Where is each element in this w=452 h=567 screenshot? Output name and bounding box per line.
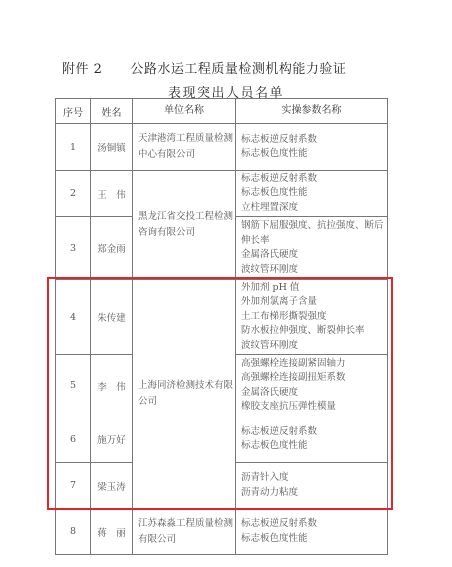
- param-item: 金属洛氏硬度: [241, 386, 387, 401]
- table-row: 4 朱传建 上海同济检测技术有限公司 外加剂 pH 值 外加剂氯离子含量 土工布…: [56, 280, 388, 355]
- row-params: 钢筋下屈服强度、抗拉强度、断后伸长率 金属洛氏硬度 波纹管环刚度: [236, 217, 388, 280]
- title-text: 公路水运工程质量检测机构能力验证: [130, 62, 346, 77]
- row-name: 朱传建: [91, 280, 133, 355]
- row-no: 8: [56, 509, 91, 555]
- row-name: 蒋 丽: [91, 509, 133, 555]
- param-item: 标志板色度性能: [241, 439, 387, 454]
- row-no: 3: [56, 217, 91, 280]
- param-item: 立柱埋置深度: [241, 201, 387, 216]
- param-item: 沥青动力粘度: [241, 486, 387, 501]
- param-item: 外加剂氯离子含量: [241, 295, 387, 310]
- row-name: 施万好: [91, 417, 133, 463]
- row-params: 标志板逆反射系数 标志板色度性能 立柱埋置深度: [236, 171, 388, 217]
- param-item: 土工布梯形撕裂强度: [241, 310, 387, 325]
- param-item: 标志板色度性能: [241, 186, 387, 201]
- param-item: 波纹管环刚度: [241, 263, 387, 278]
- header-name: 姓名: [91, 99, 133, 124]
- row-name: 王 伟: [91, 171, 133, 217]
- param-item: 防水板拉伸强度、断裂伸长率: [241, 324, 387, 339]
- param-item: 高强螺栓连接副扭矩系数: [241, 371, 387, 386]
- table-row: 8 蒋 丽 江苏森淼工程质量检测有限公司 标志板逆反射系数 标志板色度性能: [56, 509, 388, 555]
- row-params: 高强螺栓连接副紧固轴力 高强螺栓连接副扭矩系数 金属洛氏硬度 橡胶支座抗压弹性模…: [236, 355, 388, 417]
- param-item: 钢筋下屈服强度、抗拉强度、断后伸长率: [241, 219, 387, 248]
- row-unit-merged: 上海同济检测技术有限公司: [133, 280, 236, 509]
- row-no: 5: [56, 355, 91, 417]
- param-item: 沥青针入度: [241, 471, 387, 486]
- row-name: 梁玉涛: [91, 463, 133, 509]
- header-no: 序号: [56, 99, 91, 124]
- document-title-line1: 附件 2公路水运工程质量检测机构能力验证: [62, 58, 346, 77]
- row-unit: 江苏森淼工程质量检测有限公司: [133, 509, 236, 555]
- table-row: 1 汤铜镇 天津港湾工程质量检测中心有限公司 标志板逆反射系数 标志板色度性能: [56, 124, 388, 171]
- row-no: 6: [56, 417, 91, 463]
- param-item: 金属洛氏硬度: [241, 248, 387, 263]
- header-unit: 单位名称: [133, 99, 236, 124]
- row-name: 李 伟: [91, 355, 133, 417]
- row-params: 沥青针入度 沥青动力粘度: [236, 463, 388, 509]
- param-item: 高强螺栓连接副紧固轴力: [241, 357, 387, 372]
- attachment-label: 附件 2: [62, 62, 102, 77]
- param-item: 外加剂 pH 值: [241, 281, 387, 296]
- row-params: 标志板逆反射系数 标志板色度性能: [236, 124, 388, 171]
- row-name: 汤铜镇: [91, 124, 133, 171]
- param-item: 标志板色度性能: [241, 147, 387, 162]
- row-unit: 天津港湾工程质量检测中心有限公司: [133, 124, 236, 171]
- param-item: 标志板逆反射系数: [241, 172, 387, 187]
- param-item: 标志板逆反射系数: [241, 133, 387, 148]
- header-params: 实操参数名称: [236, 99, 388, 124]
- row-params: 外加剂 pH 值 外加剂氯离子含量 土工布梯形撕裂强度 防水板拉伸强度、断裂伸长…: [236, 280, 388, 355]
- param-item: 橡胶支座抗压弹性模量: [241, 400, 387, 415]
- table-row: 2 王 伟 黑龙江省交投工程检测咨询有限公司 标志板逆反射系数 标志板色度性能 …: [56, 171, 388, 217]
- param-item: 标志板逆反射系数: [241, 517, 387, 532]
- param-item: 波纹管环刚度: [241, 339, 387, 354]
- row-no: 2: [56, 171, 91, 217]
- param-item: 标志板色度性能: [241, 532, 387, 547]
- row-no: 1: [56, 124, 91, 171]
- row-name: 郑金雨: [91, 217, 133, 280]
- personnel-table: 序号 姓名 单位名称 实操参数名称 1 汤铜镇 天津港湾工程质量检测中心有限公司…: [55, 98, 388, 555]
- row-unit-merged: 黑龙江省交投工程检测咨询有限公司: [133, 171, 236, 280]
- param-item: 标志板逆反射系数: [241, 425, 387, 440]
- table-header-row: 序号 姓名 单位名称 实操参数名称: [56, 99, 388, 124]
- row-params: 标志板逆反射系数 标志板色度性能: [236, 509, 388, 555]
- row-no: 7: [56, 463, 91, 509]
- row-params: 标志板逆反射系数 标志板色度性能: [236, 417, 388, 463]
- row-no: 4: [56, 280, 91, 355]
